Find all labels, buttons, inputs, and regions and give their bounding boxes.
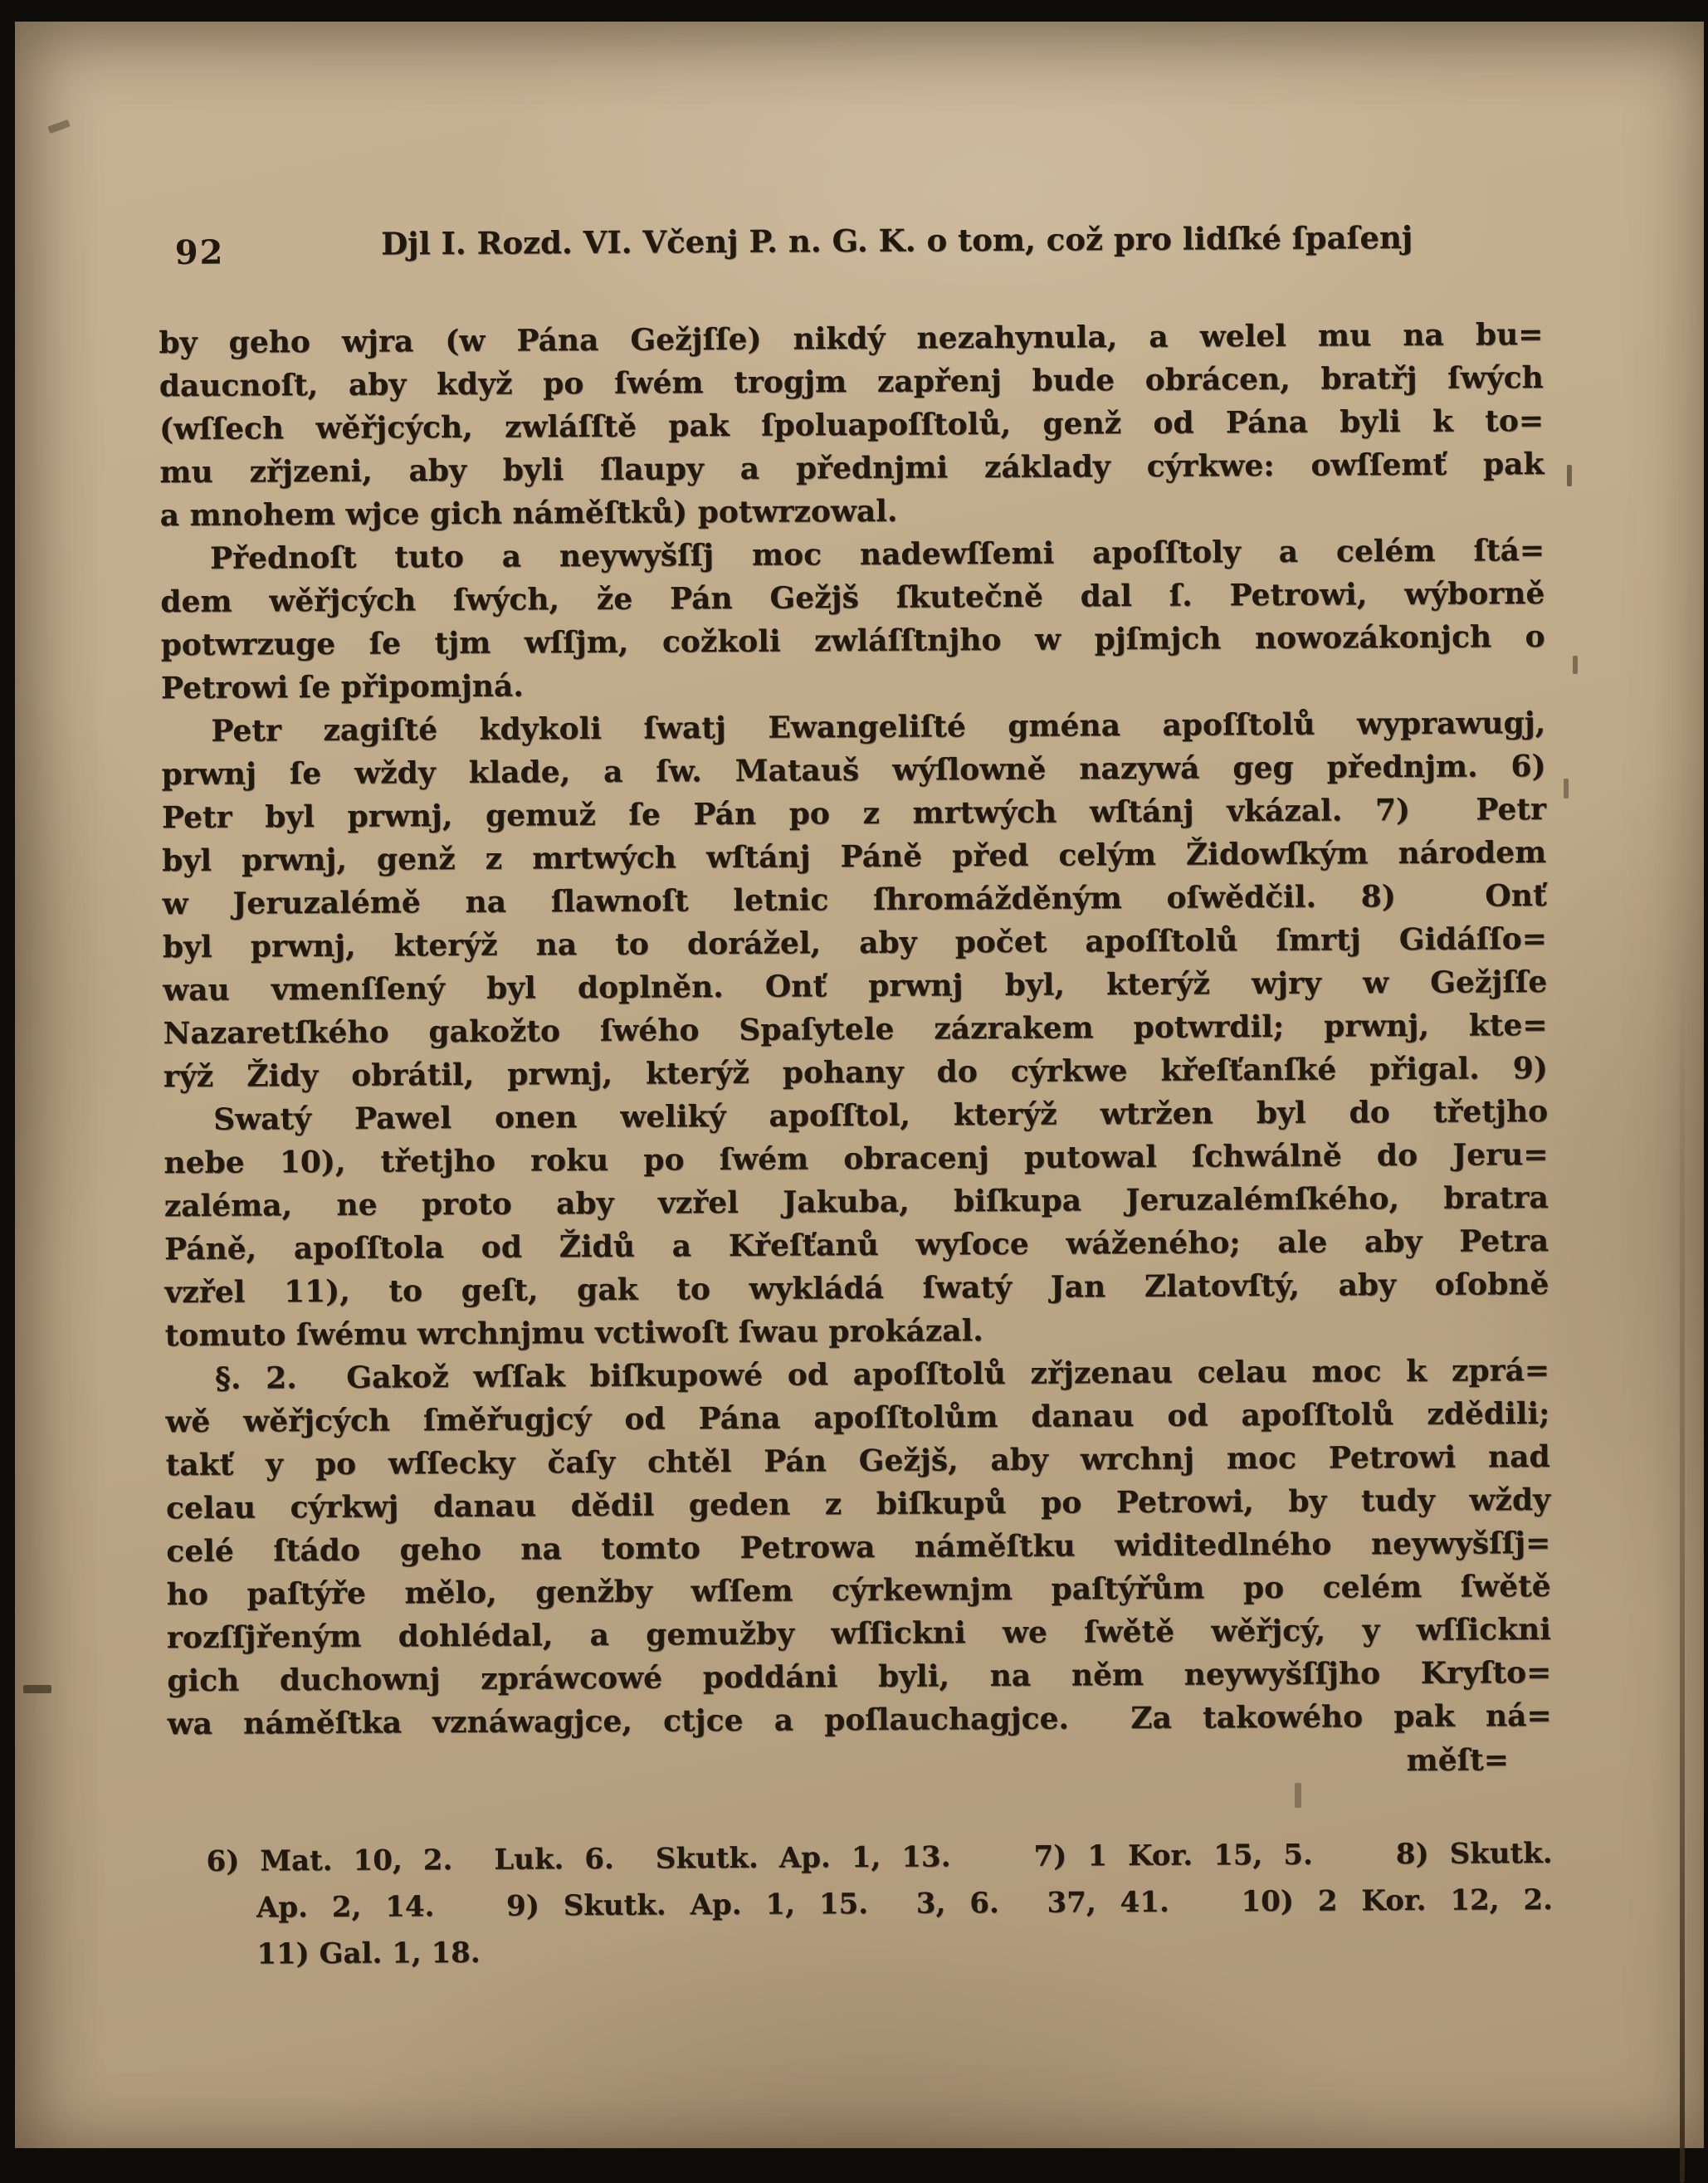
paragraph: Petr zagiſté kdykoli ſwatj Ewangeliſté g… — [161, 701, 1548, 1098]
header-title: Djl I. Rozd. VI. Včenj P. n. G. K. o tom… — [159, 218, 1543, 263]
paragraph: Přednoſt tuto a neywyšſſj moc nadewſſemi… — [160, 529, 1545, 710]
text-line: wa náměſtka vznáwagjce, ctjce a poſlauch… — [167, 1694, 1551, 1746]
footnote-line: 6) Mat. 10, 2. Luk. 6. Skutk. Ap. 1, 13.… — [206, 1830, 1552, 1885]
catchword: měſt= — [168, 1737, 1552, 1790]
footnote-line: Ap. 2, 14. 9) Skutk. Ap. 1, 15. 3, 6. 37… — [207, 1877, 1553, 1931]
page-content: 92 Djl I. Rozd. VI. Včenj P. n. G. K. o … — [159, 218, 1554, 1978]
text-body: by geho wjra (w Pána Gežjſſe) nikdý neza… — [159, 313, 1551, 1746]
footnotes: 6) Mat. 10, 2. Luk. 6. Skutk. Ap. 1, 13.… — [168, 1830, 1553, 1978]
paragraph: §. 2. Gakož wſſak biſkupowé od apoſſtolů… — [165, 1349, 1552, 1746]
paragraph: Swatý Pawel onen weliký apoſſtol, kterýž… — [163, 1090, 1549, 1357]
text-line: mu zřjzeni, aby byli ſlaupy a přednjmi z… — [159, 442, 1544, 494]
running-header: 92 Djl I. Rozd. VI. Včenj P. n. G. K. o … — [159, 218, 1543, 298]
page-number: 92 — [175, 233, 225, 272]
paragraph: by geho wjra (w Pána Gežjſſe) nikdý neza… — [159, 313, 1545, 537]
page-edge-crease — [1680, 955, 1685, 2183]
text-line: potwrzuge ſe tjm wſſjm, cožkoli zwláſſtn… — [160, 615, 1545, 667]
scanned-book-page: 92 Djl I. Rozd. VI. Včenj P. n. G. K. o … — [0, 0, 1708, 2183]
footnote-line: 11) Gal. 1, 18. — [207, 1923, 1553, 1978]
ink-speck — [1564, 779, 1569, 798]
ink-speck — [23, 1685, 51, 1693]
ink-speck — [1573, 656, 1578, 674]
ink-speck — [1567, 465, 1572, 486]
text-line: vzřel 11), to geſt, gak to wykládá ſwatý… — [164, 1262, 1549, 1314]
